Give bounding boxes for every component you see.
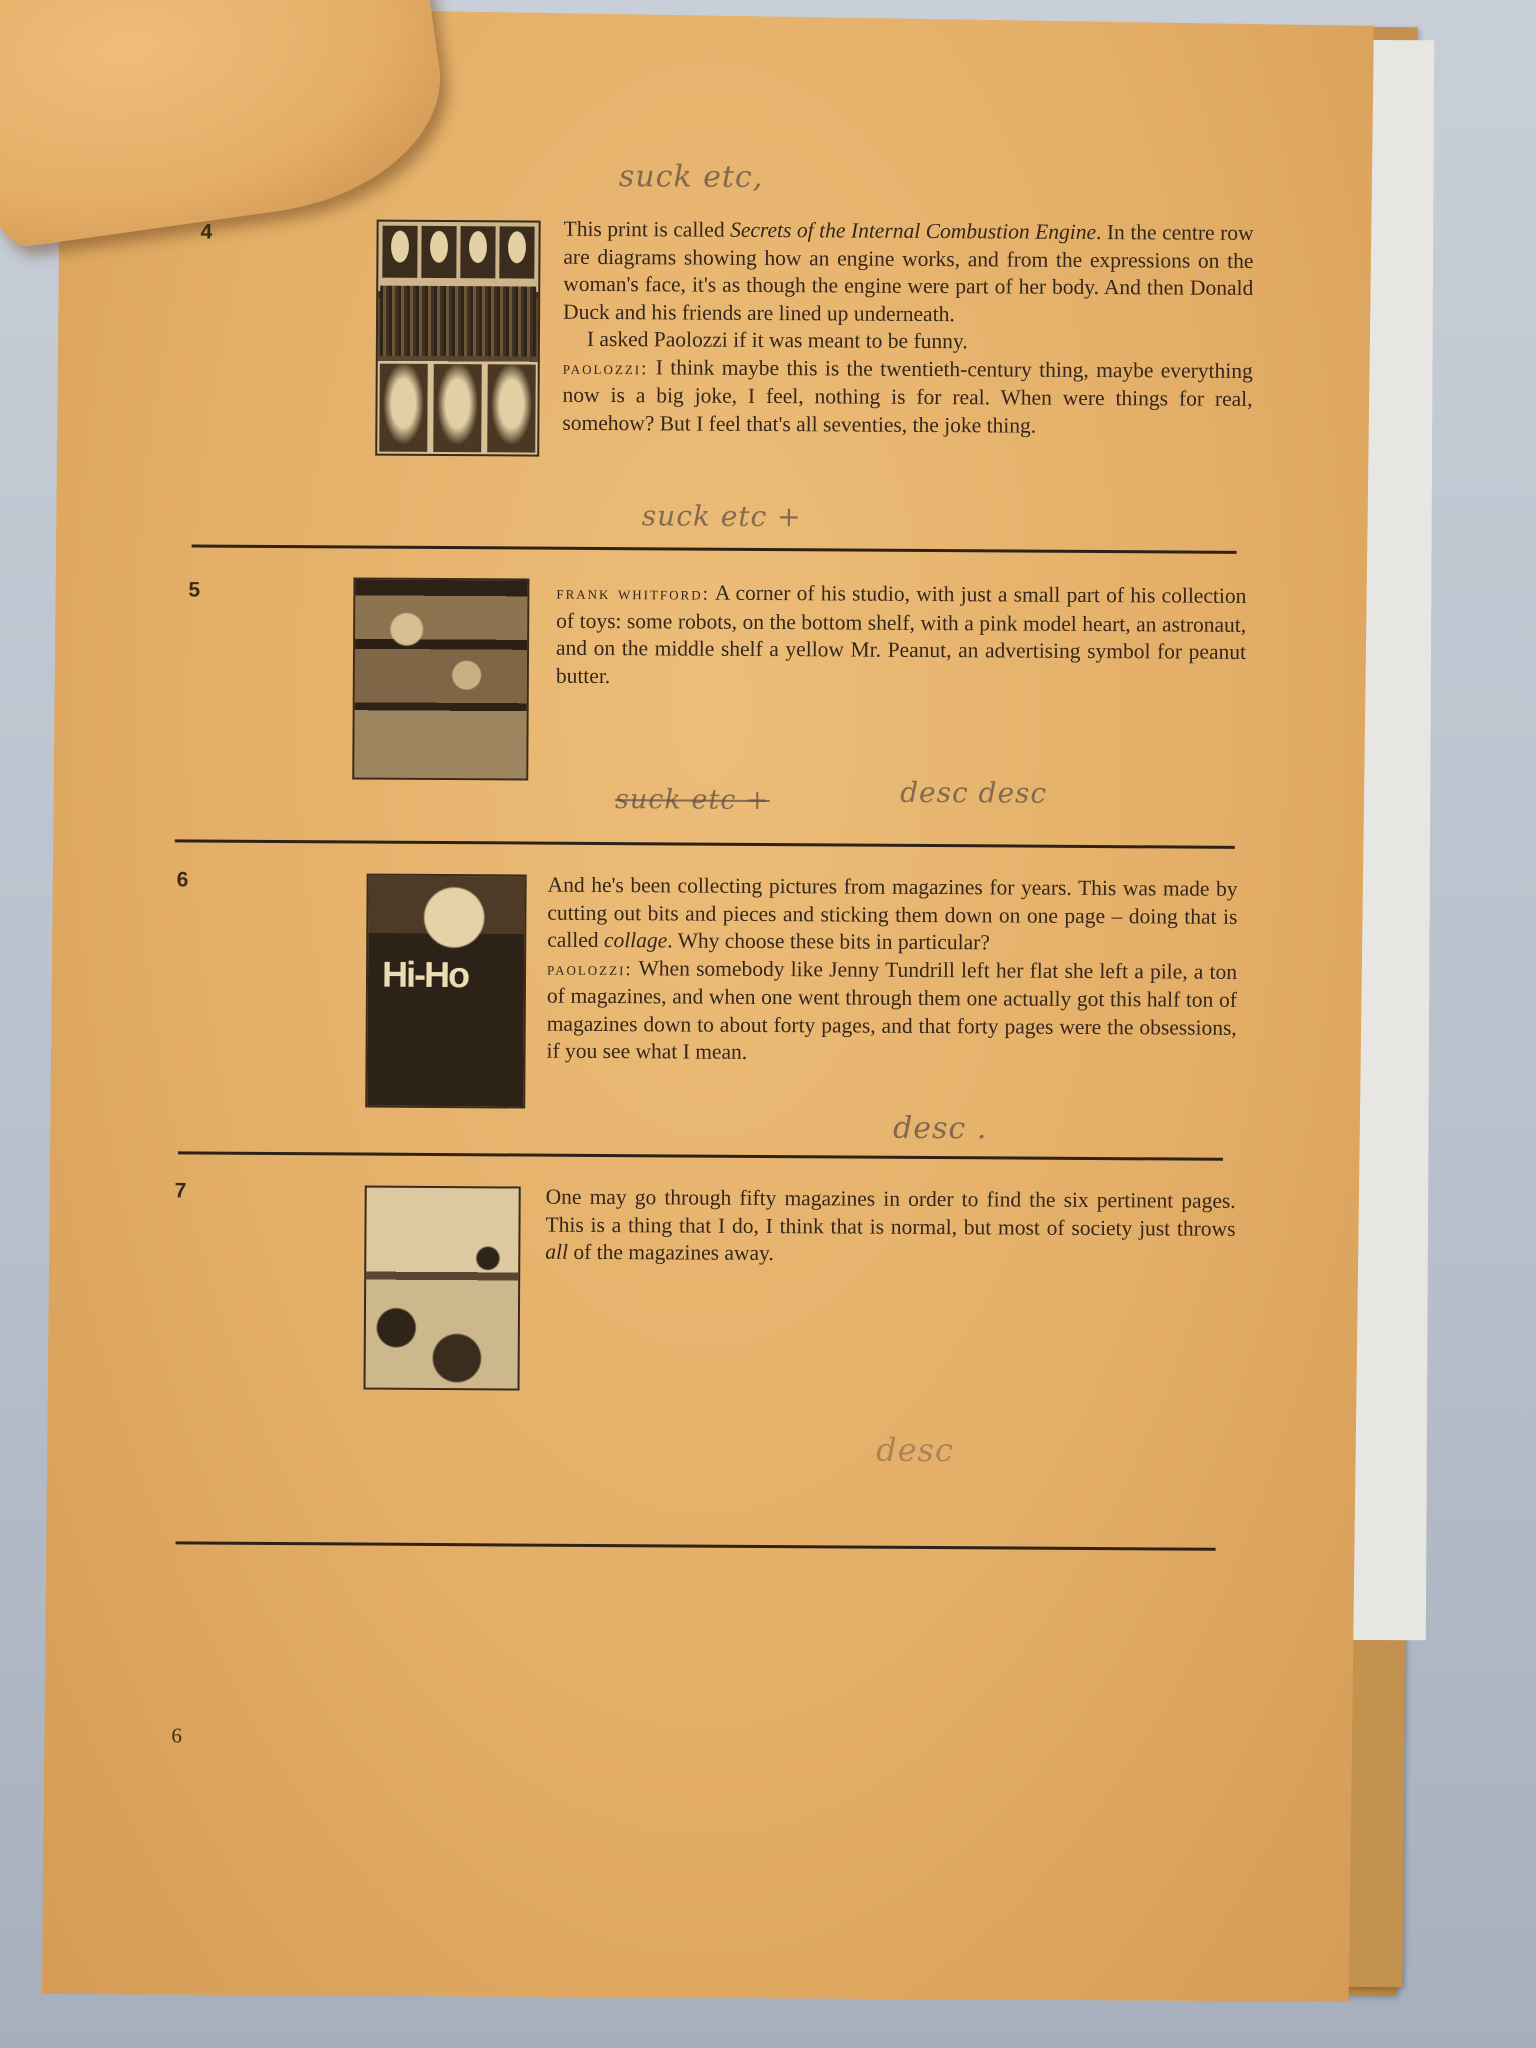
section-text: This print is called Secrets of the Inte… — [562, 216, 1253, 441]
body-text: I think maybe this is the twentieth-cent… — [562, 355, 1252, 437]
handwritten-annotation: suck etc + — [615, 784, 770, 816]
body-text: This print is called — [564, 217, 731, 242]
italic-text: collage — [604, 928, 667, 952]
section-text: And he's been collecting pictures from m… — [546, 872, 1237, 1070]
paragraph: One may go through fifty magazines in or… — [545, 1184, 1235, 1271]
section-divider — [178, 1151, 1223, 1160]
section-divider — [192, 544, 1237, 553]
body-text: of the magazines away. — [568, 1240, 774, 1265]
speaker-label: paolozzi: — [547, 958, 633, 980]
collage-thumbnail-magazines — [364, 1186, 521, 1391]
handwritten-annotation: suck etc, — [619, 159, 764, 195]
handwritten-annotation: desc desc — [900, 776, 1047, 810]
section-number: 7 — [175, 1179, 187, 1203]
photo-thumbnail-studio — [352, 577, 529, 780]
italic-text: all — [545, 1240, 568, 1264]
section-number: 4 — [200, 221, 212, 245]
section-text: One may go through fifty magazines in or… — [545, 1184, 1235, 1271]
paragraph: I asked Paolozzi if it was meant to be f… — [563, 326, 1253, 358]
collage-title: Hi-Ho — [382, 954, 468, 997]
body-text: . Why choose these bits in particular? — [667, 928, 990, 954]
section-text: frank whitford: A corner of his studio, … — [556, 579, 1247, 694]
body-text: When somebody like Jenny Tundrill left h… — [547, 956, 1238, 1064]
page-content: suck etc, 4 This print is called Secrets… — [0, 0, 1536, 2048]
section-number: 6 — [177, 868, 189, 892]
paragraph: paolozzi: I think maybe this is the twen… — [562, 353, 1252, 441]
body-text: I asked Paolozzi if it was meant to be f… — [587, 327, 968, 353]
handwritten-annotation: desc . — [893, 1111, 987, 1147]
paragraph: This print is called Secrets of the Inte… — [563, 216, 1254, 330]
speaker-label: paolozzi: — [563, 357, 649, 379]
handwritten-annotation: desc — [876, 1431, 954, 1469]
speaker-label: frank whitford: — [556, 583, 710, 605]
paragraph: frank whitford: A corner of his studio, … — [556, 579, 1247, 694]
collage-thumbnail-hiho: Hi-Ho — [365, 874, 526, 1109]
body-text: One may go through fifty magazines in or… — [545, 1185, 1235, 1241]
section-divider — [176, 1541, 1216, 1550]
section-divider — [175, 839, 1235, 848]
handwritten-annotation: suck etc + — [642, 499, 802, 533]
page-number: 6 — [171, 1723, 182, 1748]
paragraph: paolozzi: When somebody like Jenny Tundr… — [546, 954, 1237, 1069]
section-number: 5 — [188, 578, 200, 602]
paragraph: And he's been collecting pictures from m… — [547, 872, 1237, 959]
artwork-thumbnail-engine — [375, 220, 540, 457]
italic-text: Secrets of the Internal Combustion Engin… — [730, 218, 1096, 244]
